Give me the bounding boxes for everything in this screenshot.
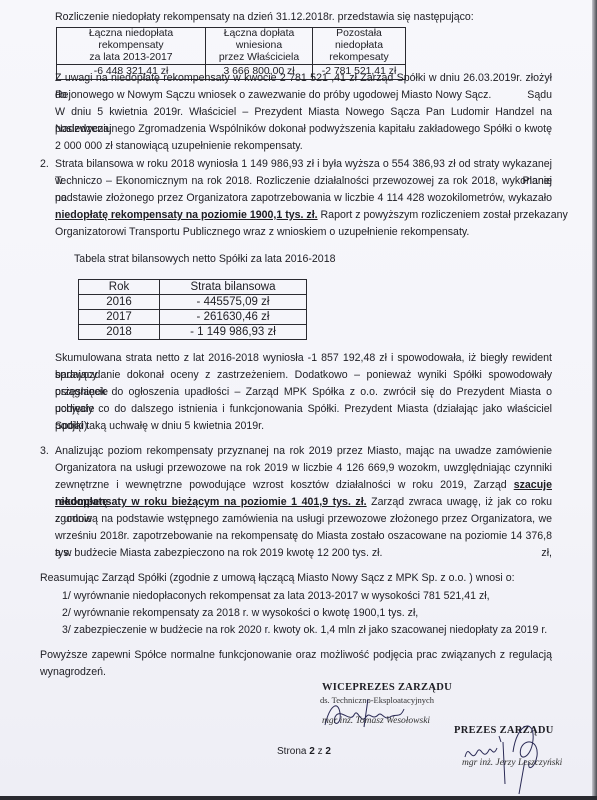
para1-line: Rejonowego w Nowym Sączu wniosek o zawez… <box>55 87 491 104</box>
table-row: 2016 - 445575,09 zł <box>79 295 307 310</box>
item3-line: z umową na podstawie wstępnego zamówieni… <box>55 511 552 528</box>
closing-line: wynagrodzeń. <box>40 664 106 681</box>
vice-president-signature <box>320 695 410 735</box>
item2-line-emphasis: niedopłatę rekompensaty na poziomie 1900… <box>55 207 568 224</box>
summary-request: 2/ wyrównanie rekompensaty za 2018 r. w … <box>62 605 418 622</box>
para1-line: Nadzwyczajnego Zgromadzenia Wspólników d… <box>55 121 552 138</box>
item3-estimate-highlight: rekompensaty w roku bieżącym na poziomie… <box>55 496 367 508</box>
para2-line: podjął taką uchwałę w dniu 5 kwietnia 20… <box>55 418 264 435</box>
item3-line: Analizując poziom rekompensaty przyznane… <box>55 443 552 460</box>
scan-edge-right <box>592 0 597 800</box>
item2-underpayment-highlight: niedopłatę rekompensaty na poziomie 1900… <box>55 209 318 221</box>
vice-president-name: mgr inż. Tomasz Wesołowski <box>322 716 430 726</box>
scan-edge-bottom <box>0 796 597 800</box>
settlement-header-3: Pozostała niedopłatarekompesaty <box>313 28 406 65</box>
settlement-intro: Rozliczenie niedopłaty rekompensaty na d… <box>55 9 474 26</box>
item2-number: 2. <box>40 156 49 173</box>
summary-intro: Reasumując Zarząd Spółki (zgodnie z umow… <box>40 570 515 587</box>
summary-request: 1/ wyrównanie niedopłaconych rekompensat… <box>62 588 490 605</box>
item3-line: a w budżecie Miasta zabezpieczono na rok… <box>55 545 382 562</box>
settlement-header-2: Łączna dopłata wniesionaprzez Właściciel… <box>206 28 313 65</box>
table-row: 2018 - 1 149 986,93 zł <box>79 325 307 340</box>
document-page: Rozliczenie niedopłaty rekompensaty na d… <box>0 0 592 796</box>
item3-line: Organizatora na usługi przewozowe na rok… <box>55 460 552 477</box>
summary-request: 3/ zabezpieczenie w budżecie na rok 2020… <box>62 622 547 639</box>
president-signature <box>455 712 575 800</box>
closing-line: Powyższe zapewni Spółce normalne funkcjo… <box>40 647 552 664</box>
item2-line: Organizatorowi Transportu Publicznego wr… <box>55 224 469 241</box>
vice-president-title: WICEPREZES ZARZĄDU <box>322 682 452 693</box>
table-row: 2017 - 261630,46 zł <box>79 310 307 325</box>
item2-line: podstawie złożonego przez Organizatora z… <box>55 190 552 207</box>
loss-table-header-year: Rok <box>79 280 160 295</box>
para1-line: 2 000 000 zł stanowiącą uzupełnienie rek… <box>55 138 303 155</box>
page-number: Strona 2 z 2 <box>277 746 331 757</box>
settlement-header-1: Łączna niedopłata rekompensatyza lata 20… <box>57 28 206 65</box>
loss-table: Rok Strata bilansowa 2016 - 445575,09 zł… <box>78 279 307 340</box>
president-name: mgr inż. Jerzy Leszczyński <box>462 758 562 768</box>
loss-table-caption: Tabela strat bilansowych netto Spółki za… <box>74 251 335 268</box>
loss-table-header-loss: Strata bilansowa <box>160 280 307 295</box>
item3-number: 3. <box>40 443 49 460</box>
